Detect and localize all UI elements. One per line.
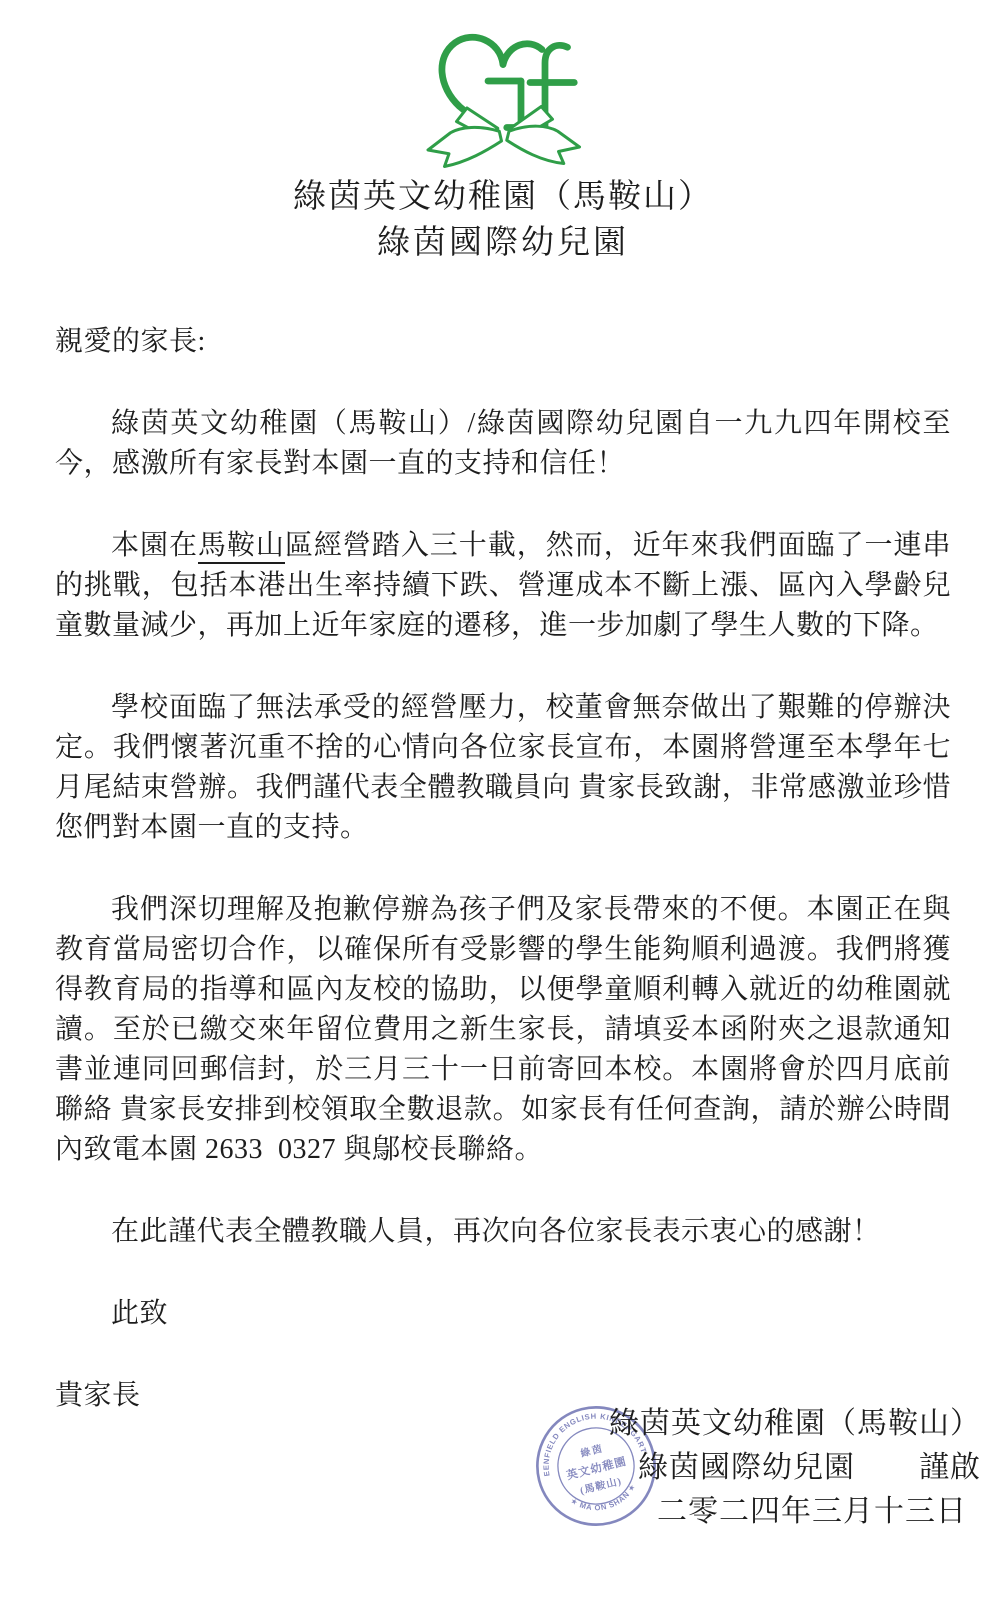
paragraph-closure-decision: 學校面臨了無法承受的經營壓力，校董會無奈做出了艱難的停辦決定。我們懷著沉重不捨的… bbox=[55, 688, 951, 848]
school-logo-icon bbox=[418, 18, 588, 168]
closing-phrase: 此致 bbox=[55, 1294, 951, 1334]
paragraph-challenges: 本園在馬鞍山區經營踏入三十載，然而，近年來我們面臨了一連串的挑戰，包括本港出生率… bbox=[55, 526, 951, 646]
paragraph-thanks: 在此謹代表全體教職人員，再次向各位家長表示衷心的感謝！ bbox=[55, 1212, 951, 1252]
school-subtitle: 綠茵國際幼兒園 bbox=[0, 221, 1006, 265]
salutation: 親愛的家長: bbox=[55, 322, 951, 362]
letterhead: 綠茵英文幼稚園（馬鞍山） 綠茵國際幼兒園 bbox=[0, 0, 1006, 265]
signature-school-name: 綠茵國際幼兒園 bbox=[638, 1451, 855, 1484]
letter-page: 綠茵英文幼稚園（馬鞍山） 綠茵國際幼兒園 親愛的家長: 綠茵英文幼稚園（馬鞍山）… bbox=[0, 0, 1006, 1600]
district-name-underlined: 馬鞍山 bbox=[198, 530, 285, 564]
letter-body: 親愛的家長: 綠茵英文幼稚園（馬鞍山）/綠茵國際幼兒園自一九九四年開校至今，感激… bbox=[55, 322, 951, 1416]
paragraph-transition-refund: 我們深切理解及抱歉停辦為孩子們及家長帶來的不便。本園正在與教育當局密切合作，以確… bbox=[55, 890, 951, 1170]
signature-date: 二零二四年三月十三日 bbox=[609, 1490, 981, 1534]
signature-block: 綠茵英文幼稚園（馬鞍山） 綠茵國際幼兒園謹啟 二零二四年三月十三日 bbox=[609, 1402, 981, 1534]
stamp-inner-text-1: 綠茵 bbox=[579, 1441, 605, 1459]
paragraph-opening: 綠茵英文幼稚園（馬鞍山）/綠茵國際幼兒園自一九九四年開校至今，感激所有家長對本園… bbox=[55, 404, 951, 484]
paragraph-challenges-text-before: 本園在 bbox=[111, 530, 198, 561]
signature-school-line1: 綠茵英文幼稚園（馬鞍山） bbox=[609, 1402, 981, 1446]
school-title: 綠茵英文幼稚園（馬鞍山） bbox=[0, 175, 1006, 219]
signature-sender: 謹啟 bbox=[919, 1451, 981, 1484]
signature-school-line2: 綠茵國際幼兒園謹啟 bbox=[609, 1446, 981, 1490]
